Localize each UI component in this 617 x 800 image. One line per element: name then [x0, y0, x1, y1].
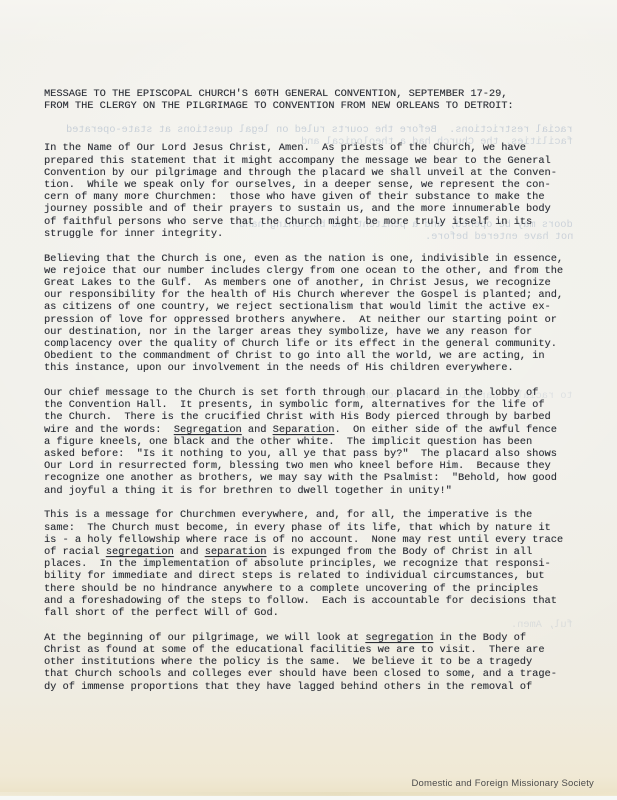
text-line: is - a holy fellowship where race is of …: [44, 534, 584, 546]
underlined-term: separation: [205, 546, 267, 558]
text-segment: . On either side of the awful fence: [334, 424, 556, 436]
text-line: In the Name of Our Lord Jesus Christ, Am…: [44, 142, 584, 154]
text-line: bility for immediate and direct steps is…: [44, 570, 584, 582]
underlined-term: segregation: [365, 632, 433, 644]
text-line: Believing that the Church is one, even a…: [44, 253, 584, 265]
scanned-document: racial restrictions. Before the courts r…: [0, 0, 617, 800]
text-segment: and: [242, 424, 273, 436]
paragraph: In the Name of Our Lord Jesus Christ, Am…: [44, 142, 584, 240]
text-line: as citizens of one country, we reject se…: [44, 301, 584, 313]
text-line: other institutions where the policy is t…: [44, 656, 584, 668]
text-line: prepared this statement that it might ac…: [44, 155, 584, 167]
paragraph: Our chief message to the Church is set f…: [44, 387, 584, 497]
text-line: complacency over the quality of Church l…: [44, 338, 584, 350]
text-line: dy of immense proportions that they have…: [44, 681, 584, 693]
text-line: fall short of the perfect Will of God.: [44, 607, 584, 619]
footer-stamp: Domestic and Foreign Missionary Society: [411, 778, 594, 789]
paragraph: Believing that the Church is one, even a…: [44, 253, 584, 375]
text-line: our responsibility for the health of His…: [44, 289, 584, 301]
text-line: that Church schools and colleges ever sh…: [44, 668, 584, 680]
document-body: MESSAGE TO THE EPISCOPAL CHURCH'S 60TH G…: [44, 88, 584, 705]
text-line: Our chief message to the Church is set f…: [44, 387, 584, 399]
text-line: struggle for inner integrity.: [44, 228, 584, 240]
text-segment: in the Body of: [433, 632, 526, 644]
text-line: the Convention Hall. It presents, in sym…: [44, 399, 584, 411]
text-line: cern of many more Churchmen: those who h…: [44, 191, 584, 203]
text-segment: At the beginning of our pilgrimage, we w…: [44, 632, 365, 644]
text-line: MESSAGE TO THE EPISCOPAL CHURCH'S 60TH G…: [44, 88, 584, 100]
text-line: Great Lakes to the Gulf. As members one …: [44, 277, 584, 289]
text-line: Christ as found at some of the education…: [44, 644, 584, 656]
text-line: asked before: "Is it nothing to you, all…: [44, 448, 584, 460]
text-line: places. In the implementation of absolut…: [44, 558, 584, 570]
paragraph: This is a message for Churchmen everywhe…: [44, 509, 584, 619]
text-line: we rejoice that our number includes cler…: [44, 265, 584, 277]
text-line: Our Lord in resurrected form, blessing t…: [44, 460, 584, 472]
underlined-term: Segregation: [174, 424, 242, 436]
text-line: journey possible and of their prayers to…: [44, 203, 584, 215]
text-line: there should be no hindrance anywhere to…: [44, 583, 584, 595]
underlined-term: segregation: [106, 546, 174, 558]
text-line: and a foreshadowing of the steps to foll…: [44, 595, 584, 607]
text-line: our destination, nor in the larger areas…: [44, 326, 584, 338]
text-line: and joyful a thing it is for brethren to…: [44, 485, 584, 497]
text-segment: is expunged from the Body of Christ in a…: [266, 546, 532, 558]
document-title: MESSAGE TO THE EPISCOPAL CHURCH'S 60TH G…: [44, 88, 584, 112]
text-line: the Church. There is the crucified Chris…: [44, 411, 584, 423]
text-line: of faithful persons who serve that the C…: [44, 216, 584, 228]
underlined-term: Separation: [273, 424, 335, 436]
text-line: same: The Church must become, in every p…: [44, 522, 584, 534]
text-segment: and: [174, 546, 205, 558]
paragraph: At the beginning of our pilgrimage, we w…: [44, 632, 584, 693]
text-line: recognize one another as brothers, we ma…: [44, 472, 584, 484]
text-line: tion. While we speak only for ourselves,…: [44, 179, 584, 191]
text-line: this instance, upon our involvement in t…: [44, 362, 584, 374]
text-line: At the beginning of our pilgrimage, we w…: [44, 632, 584, 644]
text-line: Convention by our pilgrimage and through…: [44, 167, 584, 179]
text-segment: of racial: [44, 546, 106, 558]
document-paragraphs: In the Name of Our Lord Jesus Christ, Am…: [44, 142, 584, 692]
text-line: pression of love for oppressed brothers …: [44, 314, 584, 326]
text-line: of racial segregation and separation is …: [44, 546, 584, 558]
scan-background-strip: [0, 796, 617, 800]
text-line: Obedient to the commandment of Christ to…: [44, 350, 584, 362]
text-line: a figure kneels, one black and the other…: [44, 436, 584, 448]
text-line: wire and the words: Segregation and Sepa…: [44, 424, 584, 436]
text-line: FROM THE CLERGY ON THE PILGRIMAGE TO CON…: [44, 100, 584, 112]
text-segment: wire and the words:: [44, 424, 174, 436]
text-line: This is a message for Churchmen everywhe…: [44, 509, 584, 521]
